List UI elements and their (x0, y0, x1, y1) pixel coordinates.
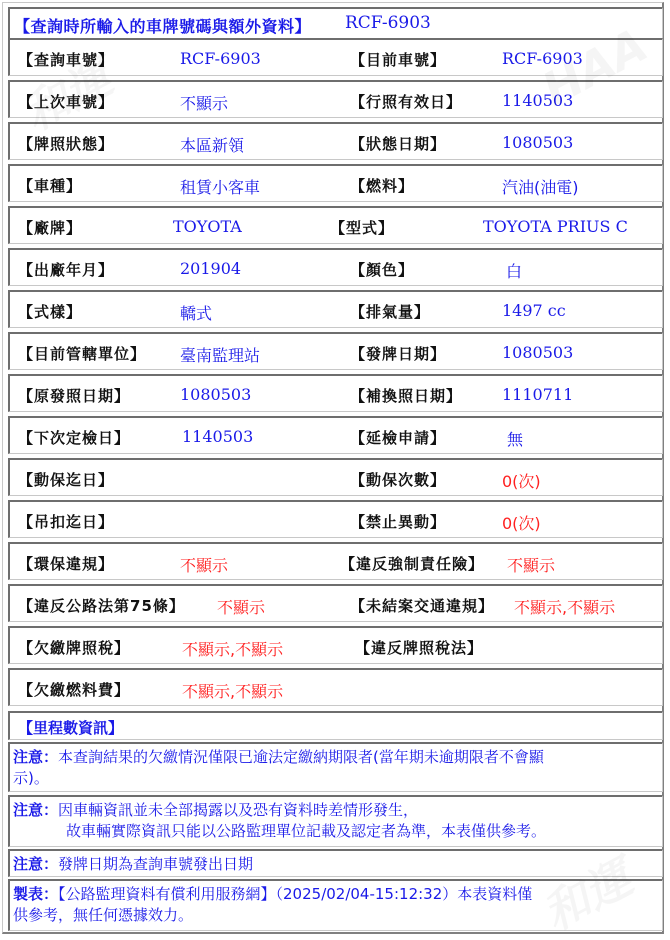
field-value: RCF-6903 (180, 49, 261, 68)
field-label: 【原發照日期】 (18, 385, 130, 406)
info-row: 【上次車號】不顯示【行照有效日】1140503 (8, 80, 663, 118)
info-row: 【原發照日期】1080503【補換照日期】1110711 (8, 374, 663, 412)
field-label: 【上次車號】 (18, 91, 114, 112)
footer-text: 【公路監理資料有償利用服務網】（2025/02/04-15:12:32）本表資料… (58, 885, 532, 903)
field-label: 【未結案交通違規】 (350, 595, 494, 616)
info-row: 【廠牌】TOYOTA【型式】TOYOTA PRIUS C (8, 206, 663, 244)
field-value: 不顯示,不顯示 (182, 679, 283, 702)
field-label: 【禁止異動】 (350, 511, 446, 532)
mileage-heading: 【里程數資訊】 (18, 717, 123, 738)
field-label: 【牌照狀態】 (18, 133, 114, 154)
info-row: 【違反公路法第75條】不顯示【未結案交通違規】不顯示,不顯示 (8, 584, 663, 622)
field-value: 1110711 (502, 385, 573, 404)
field-label: 【欠繳燃料費】 (18, 679, 130, 700)
field-value: 1140503 (182, 427, 253, 446)
field-label: 【違反牌照稅法】 (355, 637, 483, 658)
field-value: 臺南監理站 (180, 343, 260, 366)
field-label: 【車種】 (18, 175, 82, 196)
field-label: 【環保違規】 (18, 553, 114, 574)
field-label: 【違反公路法第75條】 (18, 595, 185, 616)
info-row: 【環保違規】不顯示【違反強制責任險】不顯示 (8, 542, 663, 580)
field-value: 不顯示 (507, 553, 555, 576)
field-label: 【吊扣迄日】 (18, 511, 114, 532)
field-label: 【動保次數】 (350, 469, 446, 490)
field-value: 本區新領 (180, 133, 244, 156)
field-label: 【延檢申請】 (350, 427, 446, 448)
note-text: 因車輛資訊並未全部揭露以及恐有資料時差情形發生， (58, 801, 418, 819)
info-row: 【牌照狀態】本區新領【狀態日期】1080503 (8, 122, 663, 160)
report-title: 【查詢時所輸入的車牌號碼與額外資料】 (14, 14, 311, 37)
field-label: 【下次定檢日】 (18, 427, 130, 448)
field-value: 不顯示,不顯示 (514, 595, 615, 618)
field-value: 0(次) (502, 511, 541, 534)
info-row: 【目前管轄單位】臺南監理站【發牌日期】1080503 (8, 332, 663, 370)
field-value: 白 (506, 259, 522, 282)
field-value: 租賃小客車 (180, 175, 260, 198)
field-value: 1140503 (502, 91, 573, 110)
field-label: 【廠牌】 (18, 217, 82, 238)
info-row: 【吊扣迄日】【禁止異動】0(次) (8, 500, 663, 538)
note-disclosure: 注意：因車輛資訊並未全部揭露以及恐有資料時差情形發生， 故車輛實際資訊只能以公路… (8, 795, 663, 847)
field-value: 1080503 (502, 133, 573, 152)
info-row: 【欠繳牌照稅】不顯示,不顯示【違反牌照稅法】 (8, 626, 663, 664)
field-label: 【違反強制責任險】 (340, 553, 484, 574)
field-value: TOYOTA PRIUS C (483, 217, 628, 236)
note-prefix: 注意： (13, 748, 58, 766)
field-value: TOYOTA (173, 217, 242, 236)
field-label: 【欠繳牌照稅】 (18, 637, 130, 658)
note-text-cont: 故車輛實際資訊只能以公路監理單位記載及認定者為準，本表僅供參考。 (13, 821, 658, 842)
field-label: 【查詢車號】 (18, 49, 114, 70)
footer-prefix: 製表： (13, 885, 58, 903)
note-arrears: 注意：本查詢結果的欠繳情況僅限已逾法定繳納期限者(當年期未逾期限者不會顯 示)。 (8, 742, 663, 792)
field-label: 【排氣量】 (350, 301, 430, 322)
note-prefix: 注意： (13, 801, 58, 819)
field-value: 不顯示 (180, 553, 228, 576)
note-text-cont: 示)。 (13, 769, 49, 787)
note-text: 本查詢結果的欠繳情況僅限已逾法定繳納期限者(當年期未逾期限者不會顯 (58, 748, 544, 766)
field-label: 【補換照日期】 (350, 385, 462, 406)
field-value: 1080503 (180, 385, 251, 404)
field-label: 【目前車號】 (350, 49, 446, 70)
field-label: 【行照有效日】 (350, 91, 462, 112)
field-label: 【燃料】 (350, 175, 414, 196)
field-label: 【顏色】 (350, 259, 414, 280)
field-value: 201904 (180, 259, 241, 278)
field-value: 不顯示 (180, 91, 228, 114)
field-label: 【出廠年月】 (18, 259, 114, 280)
info-row: 【動保迄日】【動保次數】0(次) (8, 458, 663, 496)
footer-text-cont: 供參考，無任何憑據效力。 (13, 906, 193, 924)
report-title-bar: 【查詢時所輸入的車牌號碼與額外資料】 RCF-6903 (8, 7, 663, 39)
mileage-section: 【里程數資訊】 (8, 711, 663, 740)
info-row: 【出廠年月】201904【顏色】白 (8, 248, 663, 286)
field-value: 汽油(油電) (502, 175, 579, 198)
field-label: 【目前管轄單位】 (18, 343, 146, 364)
field-value: 無 (507, 427, 523, 450)
field-value: 轎式 (180, 301, 212, 324)
field-label: 【型式】 (330, 217, 394, 238)
info-row: 【式樣】轎式【排氣量】1497 cc (8, 290, 663, 328)
info-row: 【查詢車號】RCF-6903【目前車號】RCF-6903 (8, 38, 663, 76)
queried-plate: RCF-6903 (345, 13, 431, 33)
field-value: 1080503 (502, 343, 573, 362)
field-value: RCF-6903 (502, 49, 583, 68)
field-value: 不顯示 (217, 595, 265, 618)
field-value: 0(次) (502, 469, 541, 492)
info-row: 【欠繳燃料費】不顯示,不顯示 (8, 668, 663, 706)
note-plate-date: 注意：發牌日期為查詢車號發出日期 (8, 849, 663, 877)
field-value: 1497 cc (502, 301, 566, 320)
note-text: 發牌日期為查詢車號發出日期 (58, 855, 253, 873)
field-label: 【狀態日期】 (350, 133, 446, 154)
report-footer: 製表：【公路監理資料有償利用服務網】（2025/02/04-15:12:32）本… (8, 879, 663, 931)
field-value: 不顯示,不顯示 (182, 637, 283, 660)
field-label: 【動保迄日】 (18, 469, 114, 490)
field-label: 【發牌日期】 (350, 343, 446, 364)
field-label: 【式樣】 (18, 301, 82, 322)
info-row: 【下次定檢日】1140503【延檢申請】無 (8, 416, 663, 454)
info-row: 【車種】租賃小客車【燃料】汽油(油電) (8, 164, 663, 202)
note-prefix: 注意： (13, 855, 58, 873)
